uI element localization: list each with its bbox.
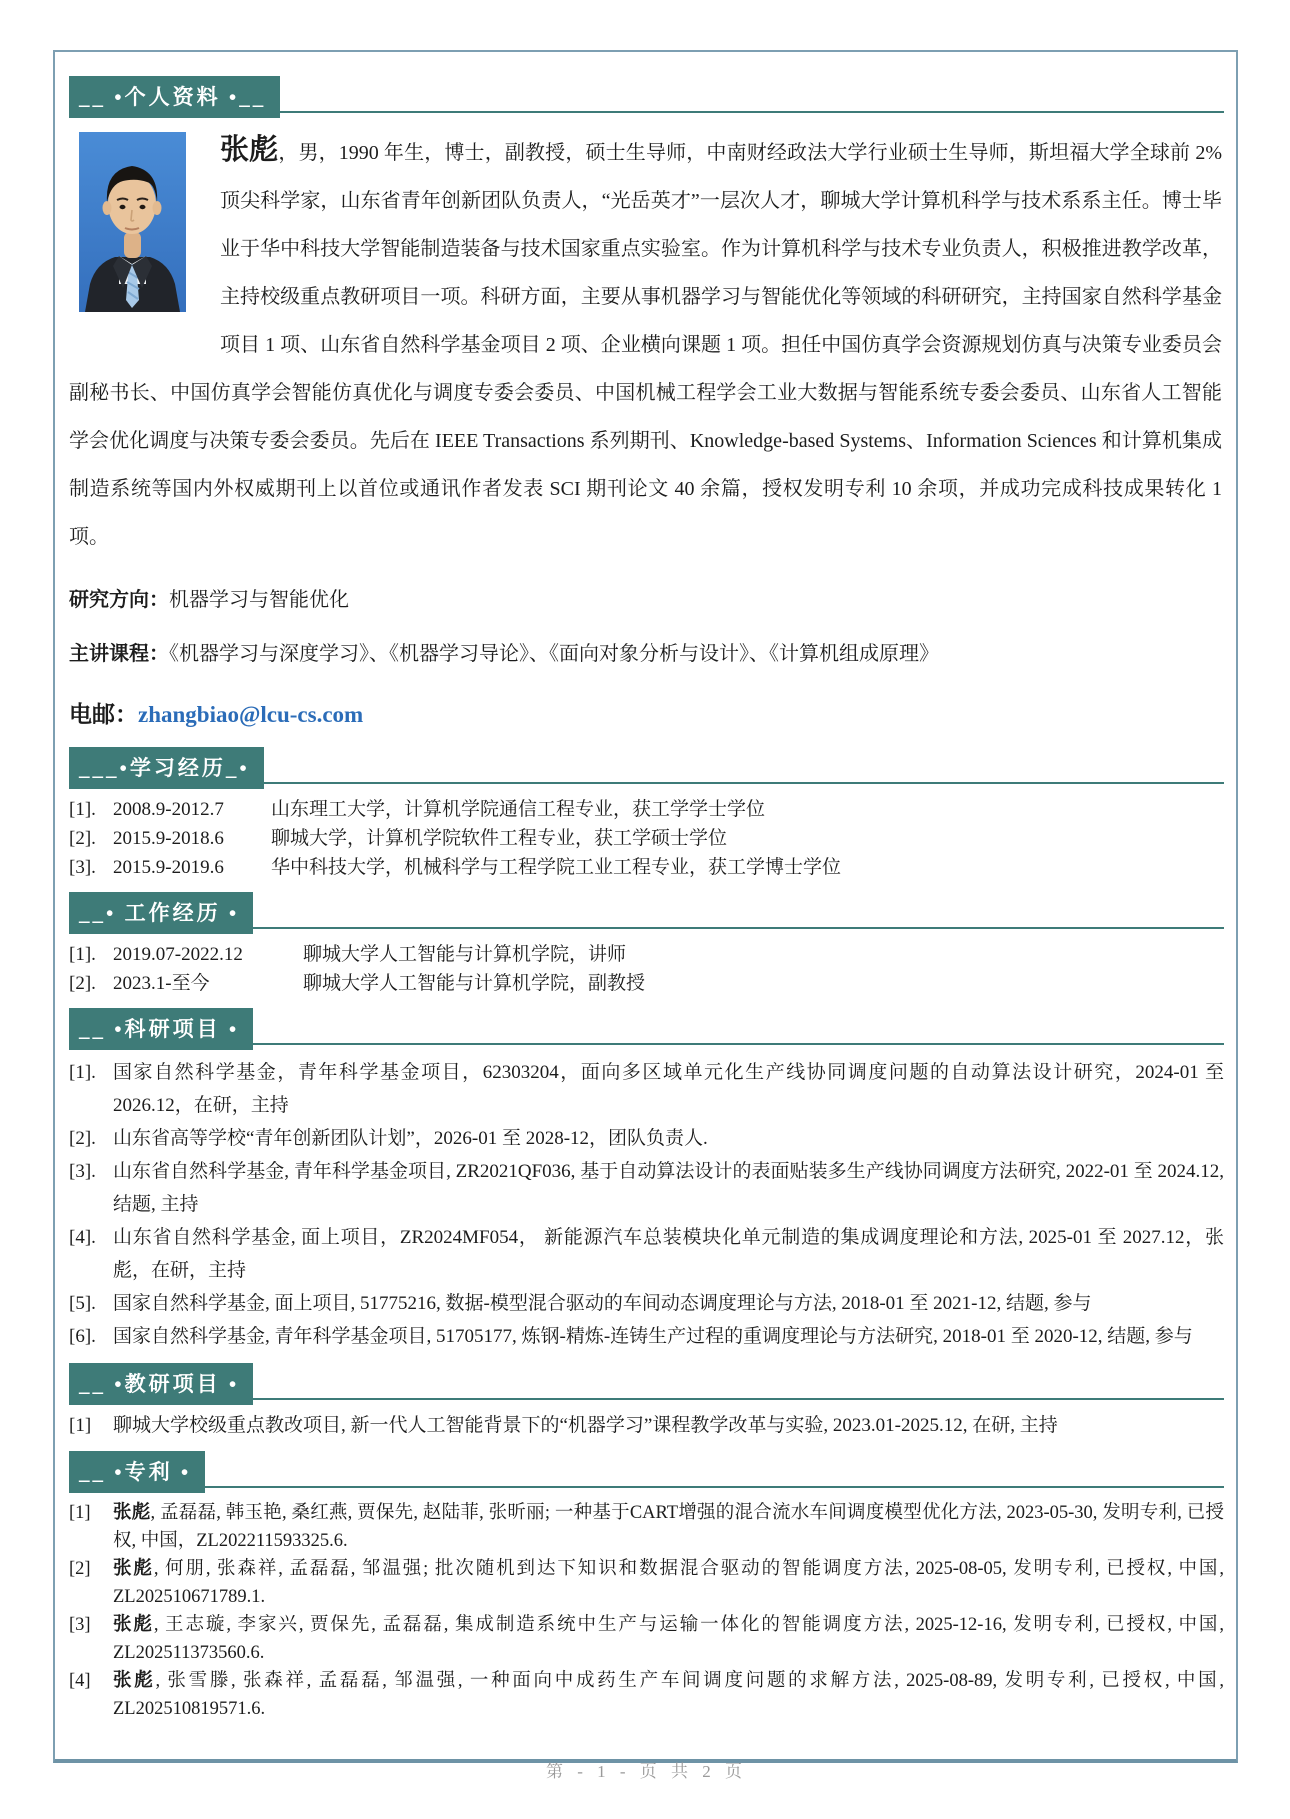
patent-first-author: 张彪	[113, 1503, 151, 1523]
item-number: [5].	[69, 1287, 113, 1320]
patent-details: , 何朋, 张森祥, 孟磊磊, 邹温强; 批次随机到达下知识和数据混合驱动的智能…	[113, 1559, 1224, 1607]
item-text: 国家自然科学基金, 面上项目, 51775216, 数据-模型混合驱动的车间动态…	[113, 1287, 1224, 1320]
section-header-work: __• 工作经历 •	[69, 892, 1224, 934]
teaching-project-item: [1] 聊城大学校级重点教改项目, 新一代人工智能背景下的“机器学习”课程教学改…	[69, 1411, 1224, 1441]
item-number: [3]	[69, 1611, 113, 1667]
item-text: 山东理工大学，计算机学院通信工程专业，获工学学士学位	[271, 795, 1224, 824]
section-rule	[253, 927, 1224, 929]
item-text: 山东省高等学校“青年创新团队计划”，2026-01 至 2028-12，团队负责…	[113, 1122, 1224, 1155]
research-project-item: [2]. 山东省高等学校“青年创新团队计划”，2026-01 至 2028-12…	[69, 1122, 1224, 1155]
patents-list: [1] 张彪, 孟磊磊, 韩玉艳, 桑红燕, 贾保先, 赵陆菲, 张昕丽; 一种…	[69, 1499, 1224, 1723]
item-text: 国家自然科学基金，青年科学基金项目，62303204，面向多区域单元化生产线协同…	[113, 1056, 1224, 1122]
page-border-frame: __ •个人资料 •__	[53, 50, 1238, 1763]
id-photo-illustration	[79, 132, 186, 312]
item-number: [2]	[69, 1555, 113, 1611]
item-text: 聊城大学人工智能与计算机学院，讲师	[303, 940, 1224, 969]
section-rule	[205, 1486, 1224, 1488]
item-text: 山东省自然科学基金, 面上项目，ZR2024MF054， 新能源汽车总装模块化单…	[113, 1221, 1224, 1287]
research-project-item: [4]. 山东省自然科学基金, 面上项目，ZR2024MF054， 新能源汽车总…	[69, 1221, 1224, 1287]
education-item: [1]. 2008.9-2012.7 山东理工大学，计算机学院通信工程专业，获工…	[69, 795, 1224, 824]
patent-first-author: 张彪	[113, 1559, 154, 1579]
section-header-research-projects: __ •科研项目 •	[69, 1008, 1224, 1050]
research-project-item: [3]. 山东省自然科学基金, 青年科学基金项目, ZR2021QF036, 基…	[69, 1155, 1224, 1221]
item-text: 华中科技大学，机械科学与工程学院工业工程专业，获工学博士学位	[271, 853, 1224, 882]
courses-value: 《机器学习与深度学习》、《机器学习导论》、《面向对象分析与设计》、《计算机组成原…	[169, 643, 939, 665]
research-project-item: [1]. 国家自然科学基金，青年科学基金项目，62303204，面向多区域单元化…	[69, 1056, 1224, 1122]
page-number: 第 - 1 - 页 共 2 页	[69, 1757, 1224, 1782]
item-number: [3].	[69, 1155, 113, 1221]
section-rule	[253, 1398, 1224, 1400]
section-header-education: ___•学习经历_•	[69, 747, 1224, 789]
patent-details: , 张雪滕, 张森祥, 孟磊磊, 邹温强, 一种面向中成药生产车间调度问题的求解…	[113, 1671, 1224, 1719]
education-item: [3]. 2015.9-2019.6 华中科技大学，机械科学与工程学院工业工程专…	[69, 853, 1224, 882]
research-direction-label: 研究方向：	[69, 589, 169, 611]
work-list: [1]. 2019.07-2022.12 聊城大学人工智能与计算机学院，讲师 […	[69, 940, 1224, 998]
item-number: [1]	[69, 1499, 113, 1555]
profile-photo	[79, 132, 186, 312]
item-text: 山东省自然科学基金, 青年科学基金项目, ZR2021QF036, 基于自动算法…	[113, 1155, 1224, 1221]
item-date: 2008.9-2012.7	[113, 795, 271, 824]
research-projects-list: [1]. 国家自然科学基金，青年科学基金项目，62303204，面向多区域单元化…	[69, 1056, 1224, 1353]
item-number: [1].	[69, 940, 113, 969]
item-number: [6].	[69, 1320, 113, 1353]
item-text: 张彪, 王志璇, 李家兴, 贾保先, 孟磊磊, 集成制造系统中生产与运输一体化的…	[113, 1611, 1224, 1667]
patent-details: , 孟磊磊, 韩玉艳, 桑红燕, 贾保先, 赵陆菲, 张昕丽; 一种基于CART…	[113, 1503, 1224, 1551]
patent-first-author: 张彪	[113, 1615, 154, 1635]
work-item: [2]. 2023.1-至今 聊城大学人工智能与计算机学院，副教授	[69, 969, 1224, 998]
section-title-patents: __ •专利 •	[69, 1451, 205, 1493]
patent-details: , 王志璇, 李家兴, 贾保先, 孟磊磊, 集成制造系统中生产与运输一体化的智能…	[113, 1615, 1224, 1663]
section-title-teaching-projects: __ •教研项目 •	[69, 1363, 253, 1405]
section-title-research-projects: __ •科研项目 •	[69, 1008, 253, 1050]
profile-intro: 张彪，男，1990 年生，博士，副教授，硕士生导师，中南财经政法大学行业硕士生导…	[69, 126, 1222, 561]
item-date: 2015.9-2018.6	[113, 824, 271, 853]
patent-item: [1] 张彪, 孟磊磊, 韩玉艳, 桑红燕, 贾保先, 赵陆菲, 张昕丽; 一种…	[69, 1499, 1224, 1555]
section-rule	[253, 1043, 1224, 1045]
item-text: 聊城大学，计算机学院软件工程专业，获工学硕士学位	[271, 824, 1224, 853]
item-date: 2023.1-至今	[113, 969, 303, 998]
item-number: [3].	[69, 853, 113, 882]
email-address[interactable]: zhangbiao@lcu-cs.com	[138, 702, 363, 727]
section-title-profile: __ •个人资料 •__	[69, 76, 280, 118]
research-project-item: [6]. 国家自然科学基金, 青年科学基金项目, 51705177, 炼钢-精炼…	[69, 1320, 1224, 1353]
email-line: 电邮：zhangbiao@lcu-cs.com	[69, 699, 1224, 731]
section-rule	[280, 111, 1224, 113]
item-text: 聊城大学校级重点教改项目, 新一代人工智能背景下的“机器学习”课程教学改革与实验…	[113, 1411, 1224, 1441]
education-list: [1]. 2008.9-2012.7 山东理工大学，计算机学院通信工程专业，获工…	[69, 795, 1224, 882]
intro-text: ，男，1990 年生，博士，副教授，硕士生导师，中南财经政法大学行业硕士生导师，…	[69, 142, 1222, 548]
person-name: 张彪	[220, 134, 278, 166]
item-number: [4]	[69, 1667, 113, 1723]
work-item: [1]. 2019.07-2022.12 聊城大学人工智能与计算机学院，讲师	[69, 940, 1224, 969]
patent-item: [2] 张彪, 何朋, 张森祥, 孟磊磊, 邹温强; 批次随机到达下知识和数据混…	[69, 1555, 1224, 1611]
item-number: [2].	[69, 969, 113, 998]
item-text: 张彪, 张雪滕, 张森祥, 孟磊磊, 邹温强, 一种面向中成药生产车间调度问题的…	[113, 1667, 1224, 1723]
item-text: 张彪, 何朋, 张森祥, 孟磊磊, 邹温强; 批次随机到达下知识和数据混合驱动的…	[113, 1555, 1224, 1611]
item-number: [1].	[69, 795, 113, 824]
section-rule	[264, 782, 1224, 784]
section-header-profile: __ •个人资料 •__	[69, 76, 1224, 118]
research-direction-value: 机器学习与智能优化	[169, 589, 349, 611]
teaching-projects-list: [1] 聊城大学校级重点教改项目, 新一代人工智能背景下的“机器学习”课程教学改…	[69, 1411, 1224, 1441]
section-header-teaching-projects: __ •教研项目 •	[69, 1363, 1224, 1405]
email-label: 电邮：	[69, 702, 138, 727]
item-number: [4].	[69, 1221, 113, 1287]
item-number: [1]	[69, 1411, 113, 1441]
education-item: [2]. 2015.9-2018.6 聊城大学，计算机学院软件工程专业，获工学硕…	[69, 824, 1224, 853]
item-date: 2019.07-2022.12	[113, 940, 303, 969]
item-number: [1].	[69, 1056, 113, 1122]
patent-item: [4] 张彪, 张雪滕, 张森祥, 孟磊磊, 邹温强, 一种面向中成药生产车间调…	[69, 1667, 1224, 1723]
item-text: 聊城大学人工智能与计算机学院，副教授	[303, 969, 1224, 998]
patent-item: [3] 张彪, 王志璇, 李家兴, 贾保先, 孟磊磊, 集成制造系统中生产与运输…	[69, 1611, 1224, 1667]
item-text: 国家自然科学基金, 青年科学基金项目, 51705177, 炼钢-精炼-连铸生产…	[113, 1320, 1224, 1353]
resume-page: __ •个人资料 •__	[0, 0, 1290, 1819]
courses-label: 主讲课程：	[69, 643, 169, 665]
item-date: 2015.9-2019.6	[113, 853, 271, 882]
item-number: [2].	[69, 824, 113, 853]
research-direction-line: 研究方向：机器学习与智能优化	[69, 585, 1224, 615]
section-header-patents: __ •专利 •	[69, 1451, 1224, 1493]
section-title-work: __• 工作经历 •	[69, 892, 253, 934]
section-title-education: ___•学习经历_•	[69, 747, 264, 789]
patent-first-author: 张彪	[113, 1671, 155, 1691]
research-project-item: [5]. 国家自然科学基金, 面上项目, 51775216, 数据-模型混合驱动…	[69, 1287, 1224, 1320]
courses-line: 主讲课程：《机器学习与深度学习》、《机器学习导论》、《面向对象分析与设计》、《计…	[69, 639, 1224, 669]
item-number: [2].	[69, 1122, 113, 1155]
item-text: 张彪, 孟磊磊, 韩玉艳, 桑红燕, 贾保先, 赵陆菲, 张昕丽; 一种基于CA…	[113, 1499, 1224, 1555]
